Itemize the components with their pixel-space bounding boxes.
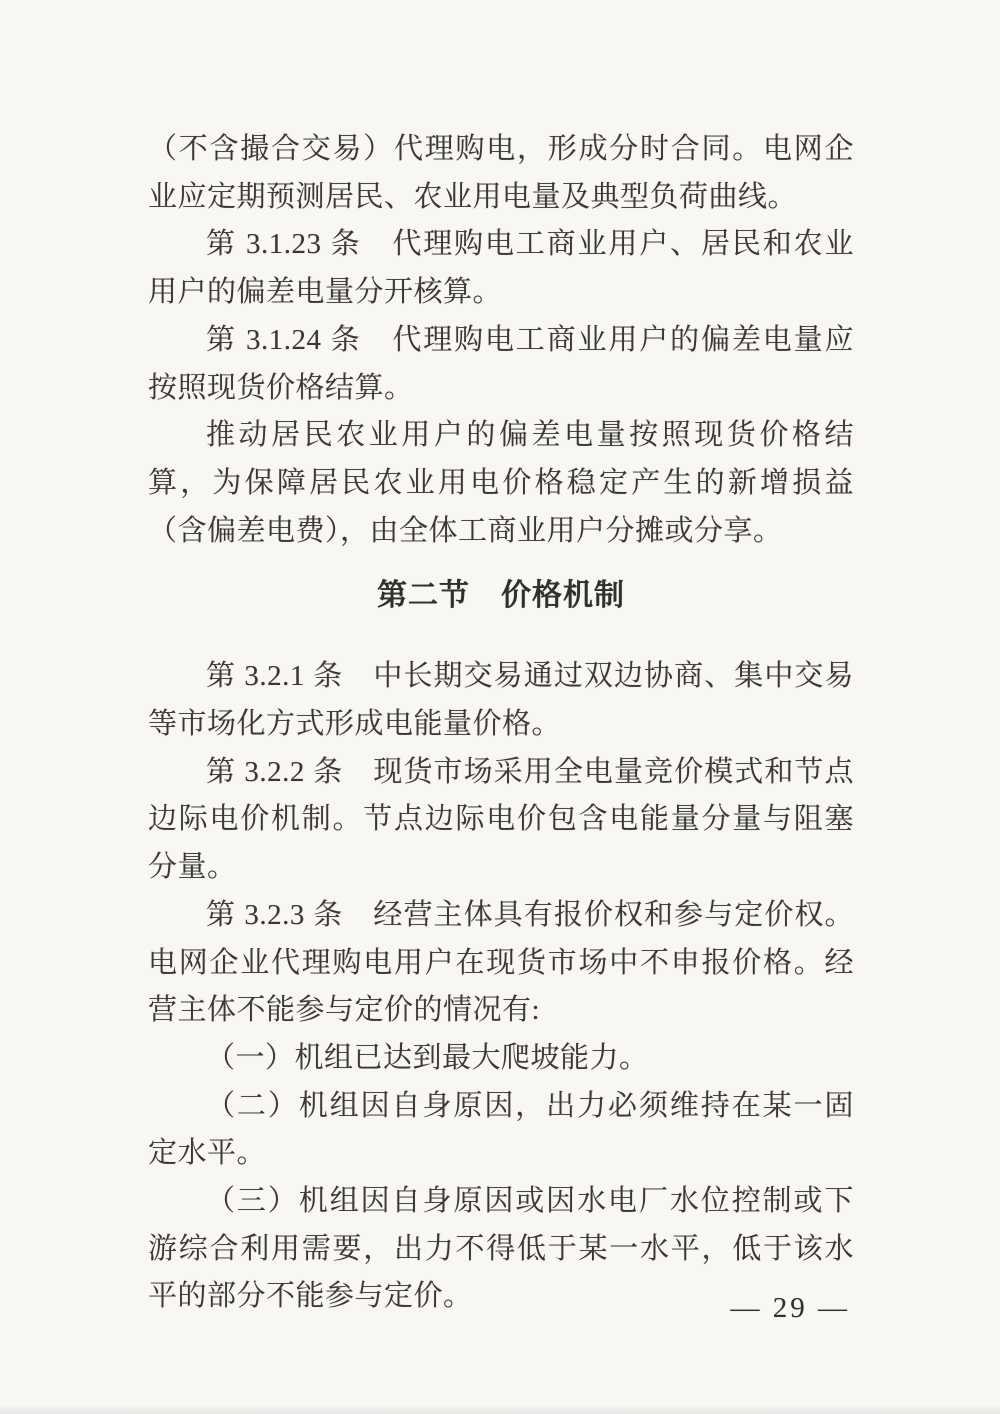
paragraph: （二）机组因自身原因，出力必须维持在某一固定水平。 [148, 1083, 854, 1178]
document-page: （不含撮合交易）代理购电，形成分时合同。电网企业应定期预测居民、农业用电量及典型… [0, 0, 1000, 1414]
section-heading: 第二节 价格机制 [148, 572, 854, 620]
paragraph: 第 3.2.1 条 中长期交易通过双边协商、集中交易等市场化方式形成电能量价格。 [148, 653, 854, 748]
paragraph: （一）机组已达到最大爬坡能力。 [148, 1035, 854, 1083]
paragraph: 第 3.2.2 条 现货市场采用全电量竞价模式和节点边际电价机制。节点边际电价包… [148, 749, 854, 892]
paragraph: 第 3.1.24 条 代理购电工商业用户的偏差电量应按照现货价格结算。 [148, 317, 854, 412]
paragraph: 推动居民农业用户的偏差电量按照现货价格结算，为保障居民农业用电价格稳定产生的新增… [148, 412, 854, 555]
paragraph: 第 3.2.3 条 经营主体具有报价权和参与定价权。电网企业代理购电用户在现货市… [148, 892, 854, 1035]
page-number: — 29 — [731, 1290, 851, 1326]
document-body: （不含撮合交易）代理购电，形成分时合同。电网企业应定期预测居民、农业用电量及典型… [148, 126, 854, 1321]
paragraph: 第 3.1.23 条 代理购电工商业用户、居民和农业用户的偏差电量分开核算。 [148, 221, 854, 316]
paragraph: （不含撮合交易）代理购电，形成分时合同。电网企业应定期预测居民、农业用电量及典型… [148, 126, 854, 221]
